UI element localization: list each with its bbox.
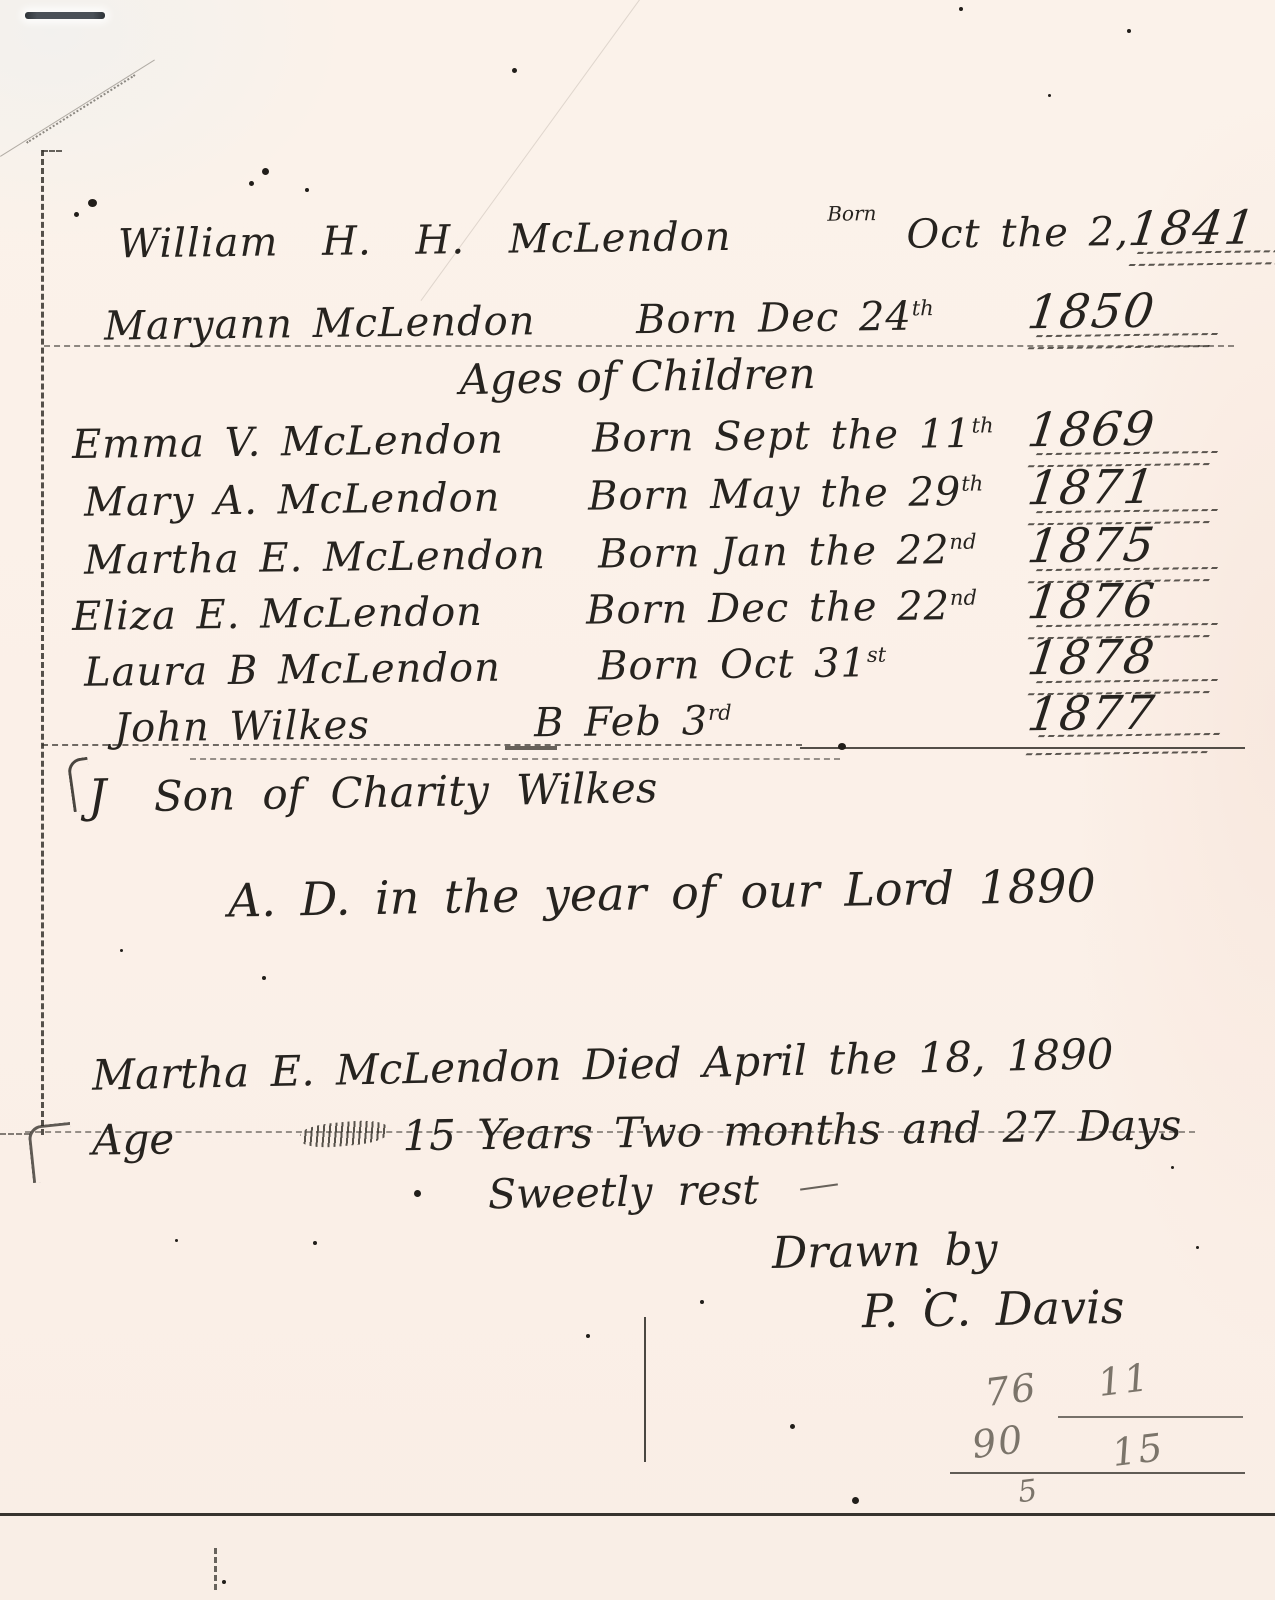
age-label: Age	[92, 1114, 175, 1164]
birth-date: Born Dec 24th	[584, 292, 1029, 343]
scanned-page: William H. H. McLendon Born Oct the 2, 1…	[0, 0, 1275, 1600]
date-text: Sept the 11	[714, 411, 972, 460]
born-label: B	[534, 700, 565, 746]
birth-date: B Feb 3rd	[534, 694, 1029, 746]
date-text: May the 29	[710, 469, 962, 518]
margin-tick	[42, 150, 62, 152]
record-row-william: William H. H. McLendon Born Oct the 2, 1…	[60, 201, 1224, 270]
ink-speck	[1171, 1166, 1174, 1169]
staple	[25, 12, 105, 19]
record-row-emma: Emma V. McLendon Born Sept the 11th 1869	[60, 401, 1224, 470]
ink-speck	[790, 1424, 795, 1429]
signature: P. C. Davis	[862, 1280, 1125, 1339]
pencil-figure: 5	[1016, 1473, 1041, 1510]
children-heading: Ages of Children	[0, 341, 1275, 412]
birth-year: 1850	[1028, 283, 1224, 340]
ink-speck	[305, 188, 309, 192]
drawn-by-line: Drawn by	[772, 1224, 998, 1279]
date-ordinal: th	[912, 296, 934, 320]
born-label: Born	[827, 201, 876, 226]
ink-speck	[926, 1288, 931, 1293]
born-label: Born	[592, 414, 695, 461]
left-margin-rule	[41, 150, 44, 1135]
date-text: Feb 3	[584, 698, 709, 746]
person-name: Martha E. McLendon	[60, 532, 565, 584]
birth-date: Born Sept the 11th	[552, 410, 1029, 462]
ink-speck	[1048, 94, 1051, 97]
person-name: Eliza E. McLendon	[60, 588, 553, 640]
note-text: Son of Charity Wilkes	[153, 763, 657, 821]
born-label: Born	[636, 296, 739, 343]
ink-speck	[959, 7, 963, 11]
ink-speck	[262, 976, 266, 980]
person-name: John Wilkes	[60, 700, 535, 752]
year-underline	[1025, 733, 1220, 755]
person-name: Mary A. McLendon	[60, 474, 565, 526]
date-text: Jan the 22	[720, 527, 950, 576]
date-text: Oct the 2,	[906, 209, 1129, 258]
person-name: Maryann McLendon	[60, 298, 585, 350]
birth-year: 1869	[1028, 401, 1224, 458]
ink-speck	[838, 743, 846, 750]
birth-date: Born Oct 31st	[564, 638, 1029, 690]
note-lead: J	[88, 769, 107, 823]
epitaph-flourish	[800, 1183, 838, 1190]
pencil-line	[1058, 1416, 1243, 1418]
pencil-line	[950, 1472, 1245, 1474]
record-row-maryann: Maryann McLendon Born Dec 24th 1850	[60, 283, 1224, 352]
birth-year: 1876	[1028, 573, 1224, 630]
ink-speck	[120, 949, 123, 952]
pencil-figure: 90	[970, 1417, 1027, 1467]
date-text: Dec the 22	[708, 583, 951, 632]
born-label: Born	[598, 530, 701, 577]
ink-speck	[222, 1580, 226, 1584]
born-label: Born	[586, 586, 689, 633]
ink-speck	[700, 1300, 704, 1304]
record-row-mary: Mary A. McLendon Born May the 29th 1871	[60, 459, 1224, 528]
birth-date: Born Dec the 22nd	[552, 582, 1029, 634]
ink-speck	[313, 1241, 317, 1245]
ink-speck	[1127, 29, 1131, 33]
born-label: Born	[588, 472, 691, 519]
birth-date: Born Jan the 22nd	[564, 526, 1029, 578]
bottom-margin-segment	[214, 1548, 217, 1590]
fold-crease-dots	[26, 74, 136, 144]
ink-speck	[586, 1334, 590, 1338]
birth-year: 1878	[1028, 629, 1224, 686]
year-underline	[1128, 250, 1275, 266]
birth-year: 1871	[1028, 459, 1224, 516]
date-ordinal: st	[867, 643, 887, 667]
pencil-figure: 11	[1096, 1355, 1153, 1405]
date-ordinal: rd	[708, 701, 732, 725]
ad-year-line: A. D. in the year of our Lord 1890	[228, 858, 1097, 927]
left-bracket-age	[27, 1122, 76, 1183]
ink-speck	[74, 212, 79, 217]
ruled-line-age-left	[0, 1133, 30, 1135]
wilkes-note: J Son of Charity Wilkes	[88, 759, 658, 823]
birth-year: 1877	[1028, 685, 1224, 742]
pencil-figure: 15	[1110, 1425, 1167, 1475]
person-name: Laura B McLendon	[60, 644, 565, 696]
born-label: Born	[598, 642, 701, 689]
ink-speck	[414, 1190, 421, 1197]
person-name: Emma V. McLendon	[60, 416, 553, 468]
date-ordinal: th	[971, 413, 993, 437]
pencil-figure: 76	[983, 1365, 1040, 1415]
fold-crease-line	[0, 60, 155, 157]
date-ordinal: nd	[950, 586, 977, 610]
birth-year: 1875	[1028, 517, 1224, 574]
person-name: William H. H. McLendon	[60, 214, 732, 268]
bottom-crease-line	[0, 1513, 1275, 1516]
date-ordinal: th	[961, 471, 983, 495]
ink-speck	[512, 68, 517, 73]
epitaph: Sweetly rest	[488, 1166, 760, 1219]
ink-speck	[1196, 1246, 1199, 1249]
birth-date: Born Oct the 2,	[731, 209, 1129, 260]
center-fold-segment	[644, 1317, 646, 1462]
date-ordinal: nd	[949, 530, 976, 554]
ink-speck	[88, 199, 97, 207]
ink-speck	[175, 1239, 178, 1242]
ink-speck	[249, 181, 254, 186]
age-value: 15 Years Two months and 27 Days	[402, 1100, 1182, 1160]
date-text: Dec 24	[758, 294, 912, 342]
age-line: Age 15 Years Two months and 27 Days	[92, 1100, 1182, 1164]
ruled-line-john-lower	[190, 758, 840, 760]
birth-date: Born May the 29th	[564, 468, 1029, 520]
ink-speck	[262, 168, 269, 175]
ink-speck	[852, 1497, 859, 1504]
date-text: Oct 31	[720, 640, 867, 688]
birth-year: 1841	[1128, 200, 1275, 257]
death-line: Martha E. McLendon Died April the 18, 18…	[92, 1029, 1114, 1099]
